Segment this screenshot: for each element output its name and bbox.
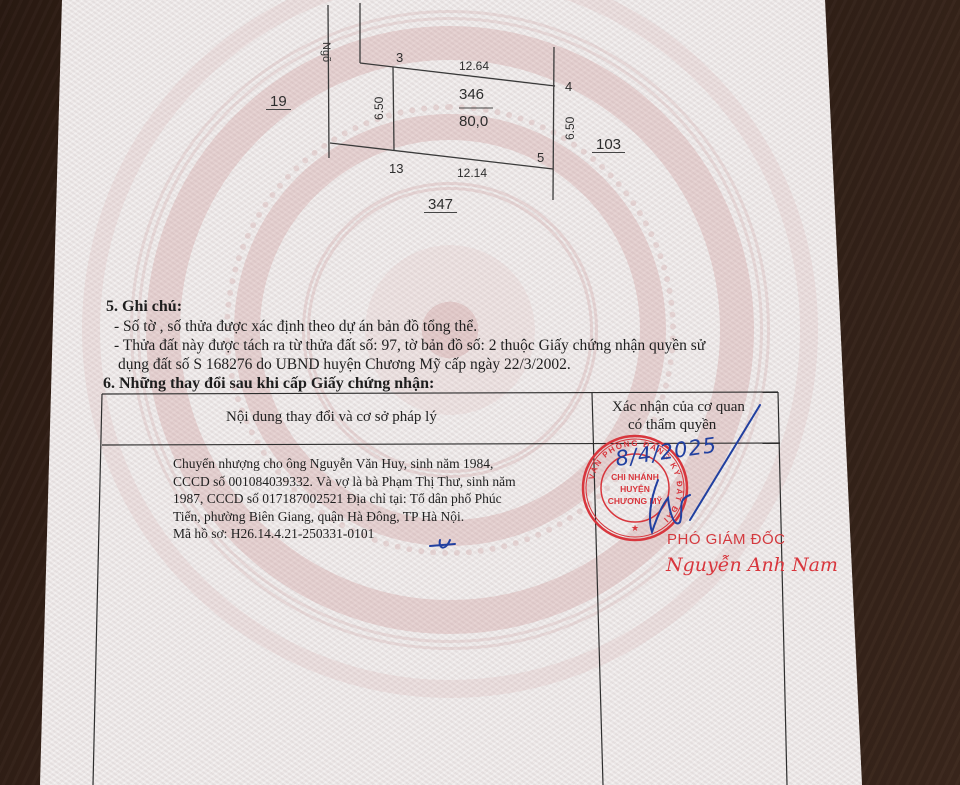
signer-name: Nguyễn Anh Nam xyxy=(666,554,838,576)
handwritten-signature xyxy=(0,0,960,785)
signer-title: PHÓ GIÁM ĐỐC xyxy=(667,531,786,548)
